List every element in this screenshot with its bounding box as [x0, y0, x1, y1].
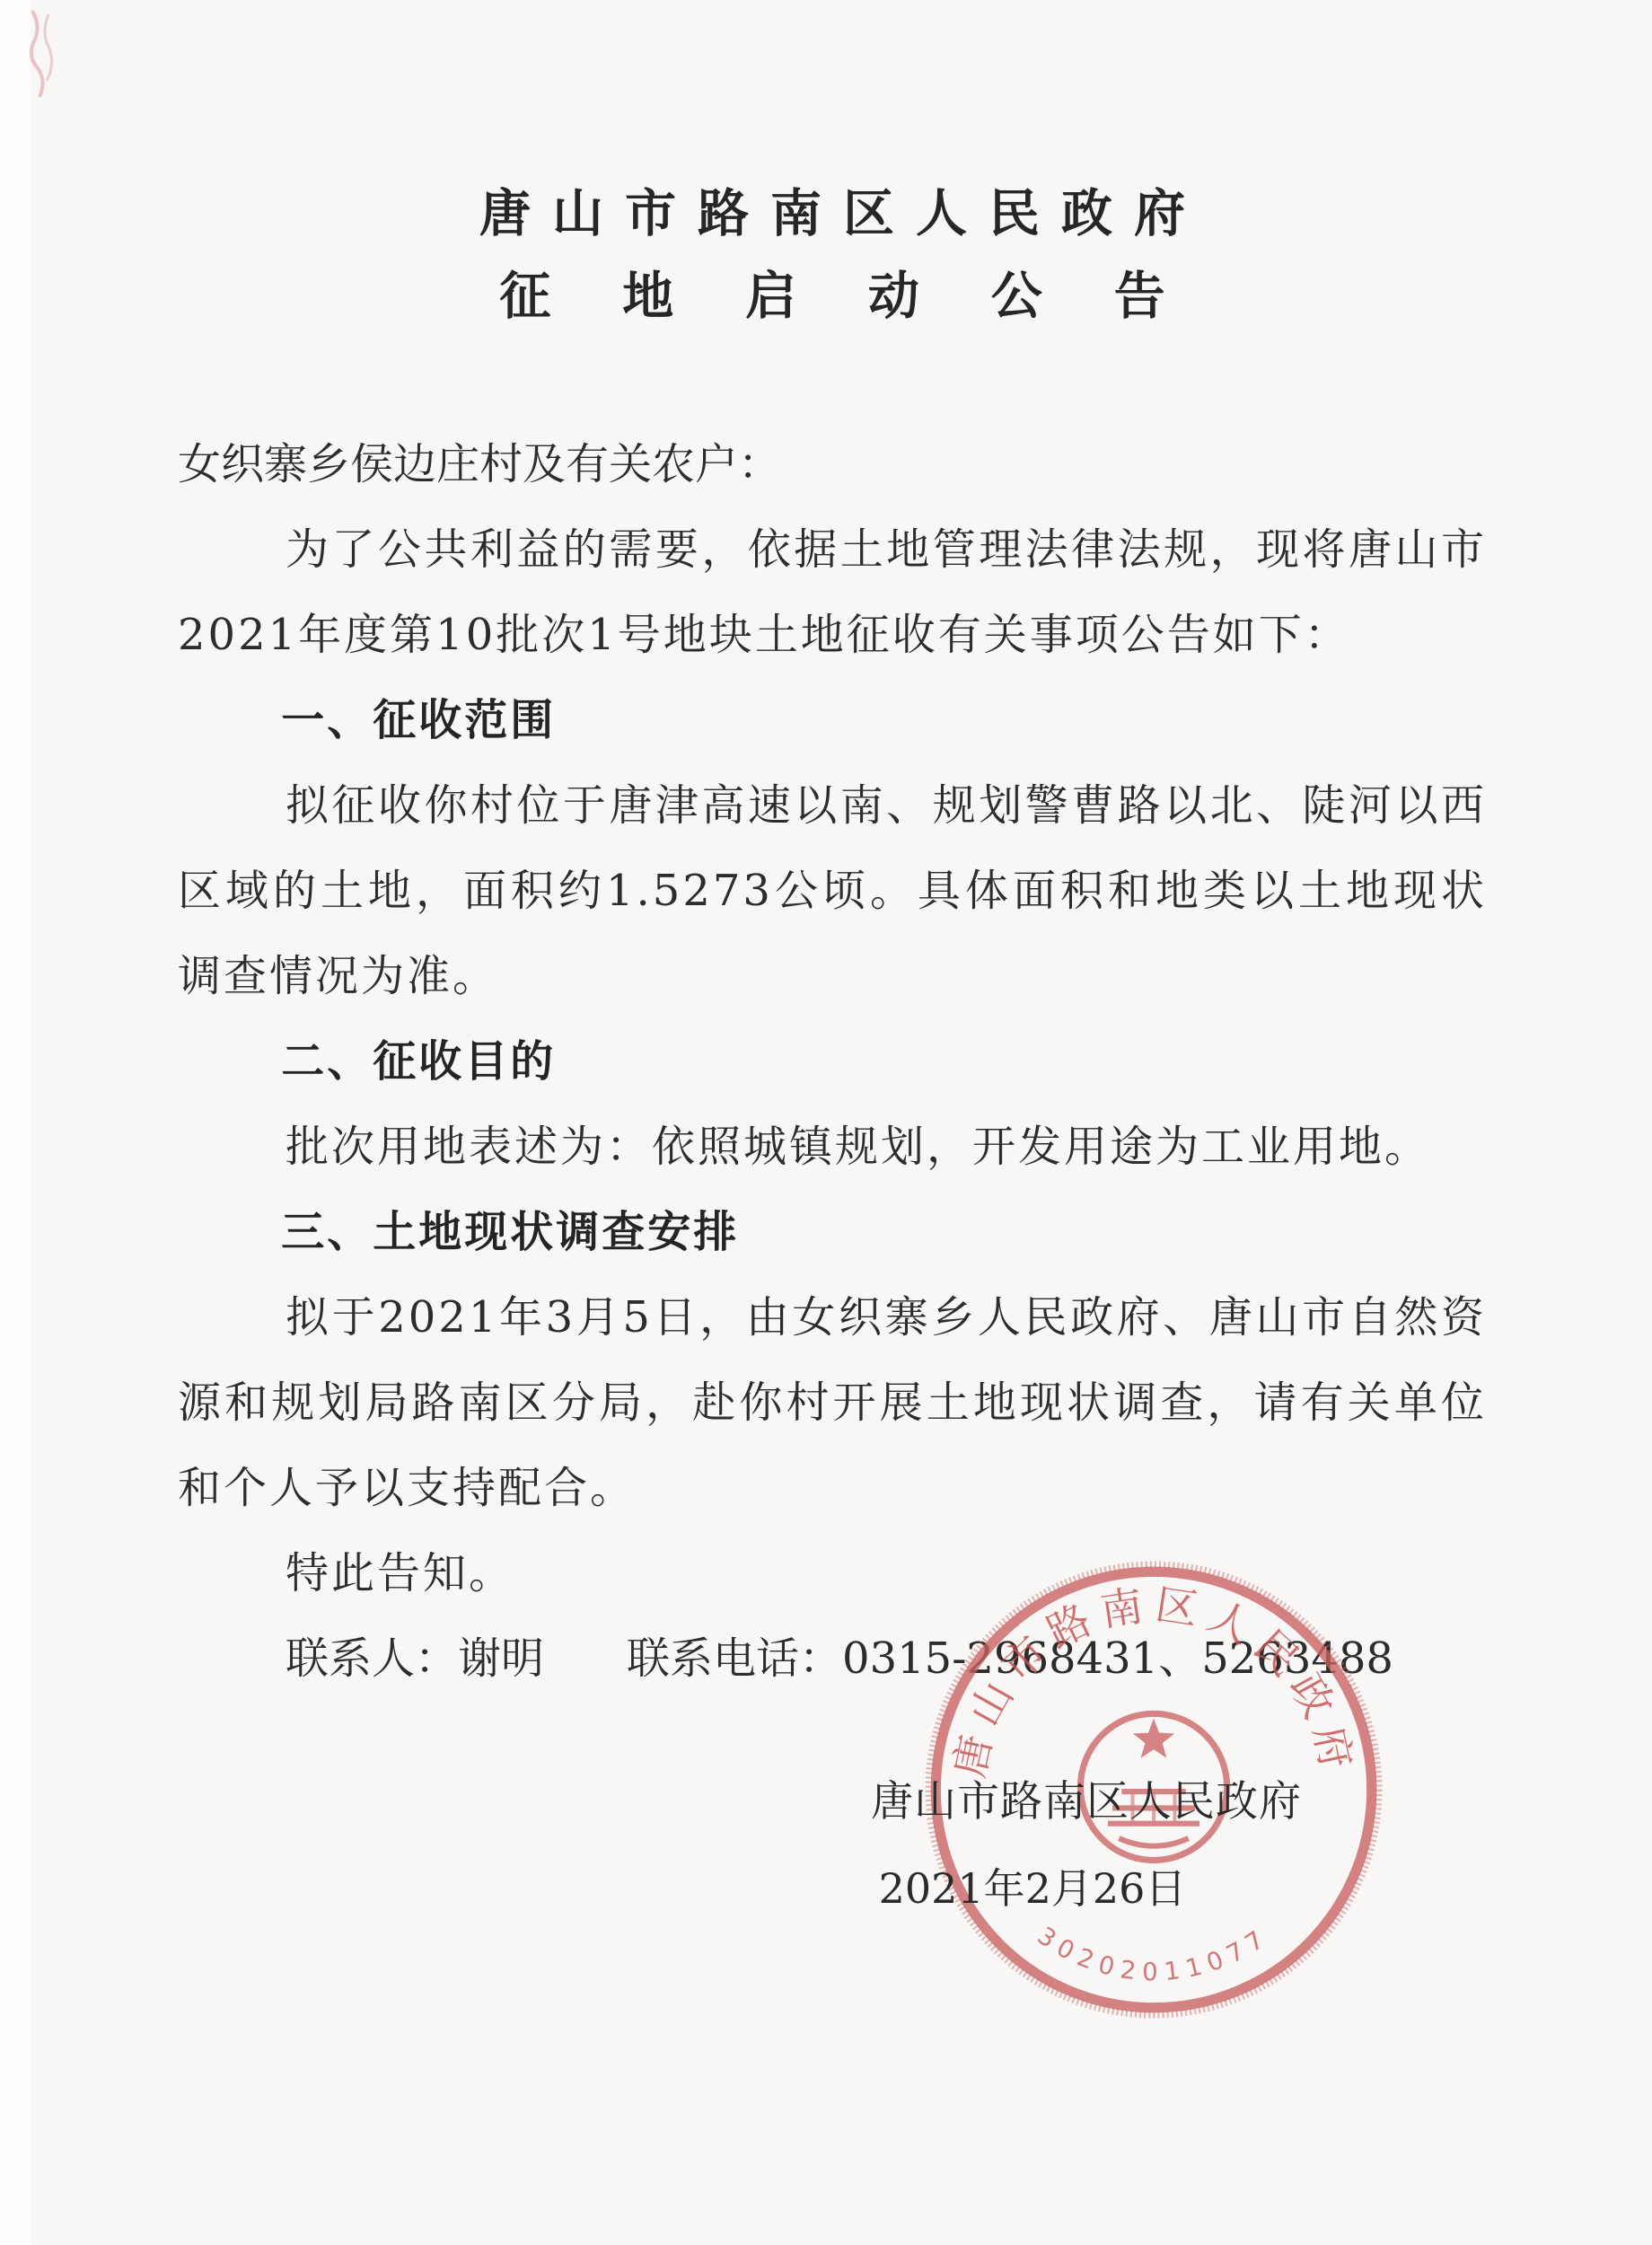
star-icon [1133, 1718, 1175, 1757]
scan-edge-strip [0, 0, 31, 2245]
issuer-signature: 唐山市路南区人民政府 [862, 1776, 1311, 1828]
seal-ring-text-holder: 唐山市路南区人民政府 [945, 1580, 1362, 1782]
section-heading-1: 一、征收范围 [178, 678, 1487, 763]
contact-person-name: 谢明 [458, 1633, 544, 1684]
paragraph-survey: 拟于2021年3月5日，由女织寨乡人民政府、唐山市自然资源和规划局路南区分局，赴… [178, 1275, 1487, 1531]
document-title-line1: 唐山市路南区人民政府 [178, 178, 1487, 250]
seal-ring-text: 唐山市路南区人民政府 [945, 1580, 1362, 1782]
document-body: 唐山市路南区人民政府 征 地 启 动 公 告 女织寨乡侯边庄村及有关农户： 为了… [178, 178, 1487, 1702]
section-heading-2: 二、征收目的 [178, 1019, 1487, 1105]
paragraph-purpose: 批次用地表述为：依照城镇规划，开发用途为工业用地。 [178, 1105, 1487, 1190]
salutation: 女织寨乡侯边庄村及有关农户： [178, 422, 1487, 507]
contact-person-label: 联系人： [286, 1633, 458, 1684]
section-heading-3: 三、土地现状调查安排 [178, 1190, 1487, 1275]
document-title-line2: 征 地 启 动 公 告 [178, 260, 1487, 332]
document-page: 唐山市路南区人民政府 征 地 启 动 公 告 女织寨乡侯边庄村及有关农户： 为了… [0, 0, 1652, 2245]
issue-date: 2021年2月26日 [808, 1862, 1257, 1915]
paragraph-intro: 为了公共利益的需要，依据土地管理法律法规，现将唐山市2021年度第10批次1号地… [178, 507, 1487, 678]
scan-artifact-mark [16, 5, 70, 104]
contact-phone-label: 联系电话： [627, 1633, 842, 1684]
paragraph-scope: 拟征收你村位于唐津高速以南、规划警曹路以北、陡河以西区域的土地，面积约1.527… [178, 763, 1487, 1019]
